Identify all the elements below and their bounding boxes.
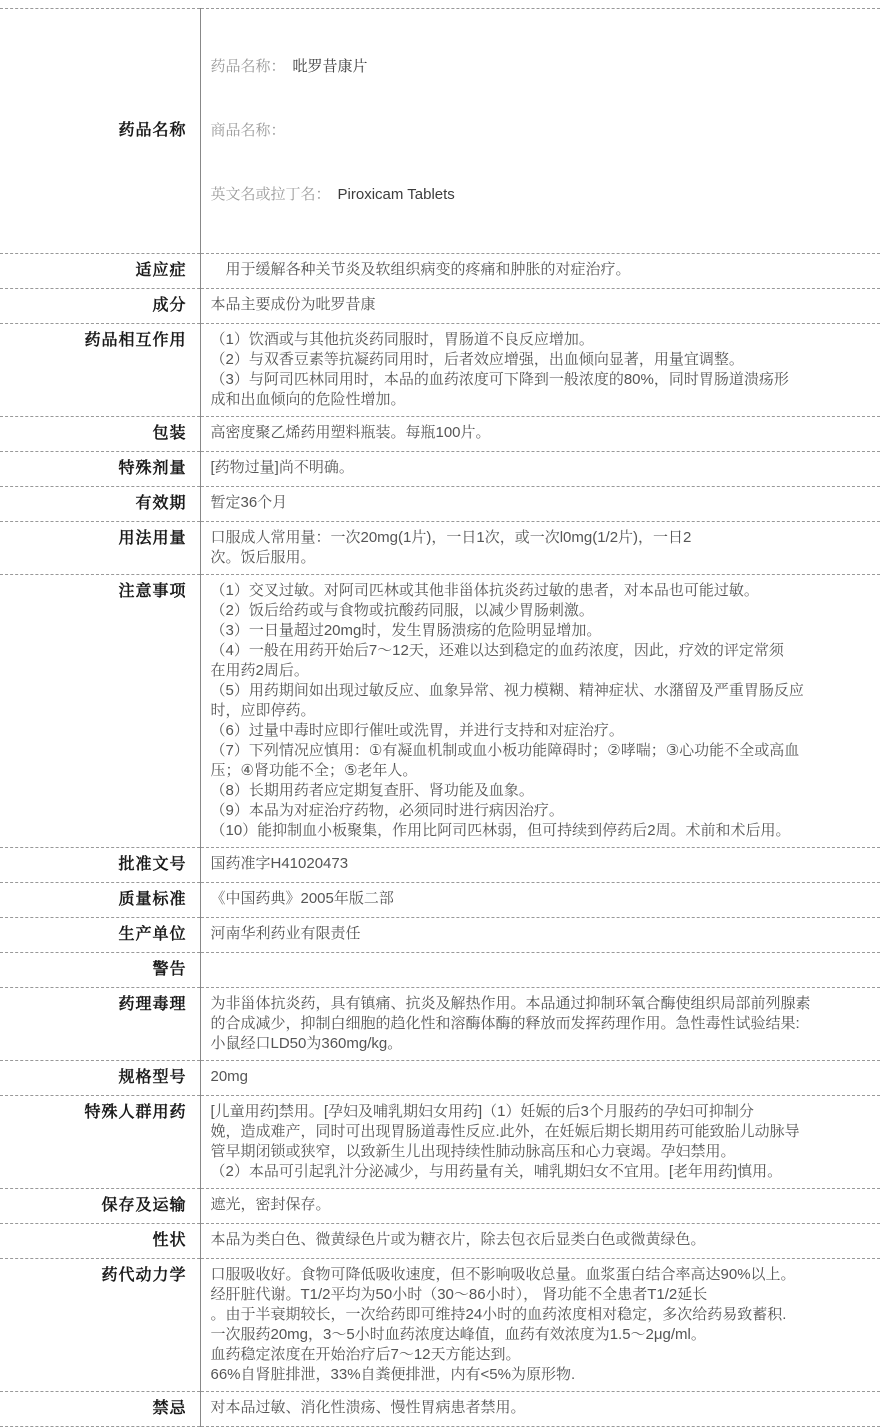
drug-info-table: 药品名称 药品名称：吡罗昔康片 商品名称： 英文名或拉丁名：Piroxicam … xyxy=(0,8,880,1427)
row-special-dosage: 特殊剂量 [药物过量]尚不明确。 xyxy=(0,452,880,487)
row-label-specification: 规格型号 xyxy=(0,1061,200,1096)
row-content-ingredients: 本品主要成份为吡罗昔康 xyxy=(200,289,880,324)
row-packaging: 包装 高密度聚乙烯药用塑料瓶装。每瓶100片。 xyxy=(0,417,880,452)
field-label-trade-name: 商品名称： xyxy=(211,122,286,139)
row-approval-number: 批准文号 国药准字H41020473 xyxy=(0,848,880,883)
row-content-manufacturer: 河南华利药业有限责任 xyxy=(200,918,880,953)
row-label-special-populations: 特殊人群用药 xyxy=(0,1096,200,1189)
field-label-english-name: 英文名或拉丁名： xyxy=(211,186,331,203)
row-label-contraindications: 禁忌 xyxy=(0,1392,200,1427)
row-content-pharmacokinetics: 口服吸收好。食物可降低吸收速度，但不影响吸收总量。血浆蛋白结合率高达90%以上。… xyxy=(200,1259,880,1392)
field-value-drug-name: 吡罗昔康片 xyxy=(293,58,368,75)
row-pharmacology-toxicology: 药理毒理 为非甾体抗炎药，具有镇痛、抗炎及解热作用。本品通过抑制环氧合酶使组织局… xyxy=(0,988,880,1061)
row-specification: 规格型号 20mg xyxy=(0,1061,880,1096)
row-label-manufacturer: 生产单位 xyxy=(0,918,200,953)
row-label-indications: 适应症 xyxy=(0,254,200,289)
row-content-approval-number: 国药准字H41020473 xyxy=(200,848,880,883)
row-content-drug-name: 药品名称：吡罗昔康片 商品名称： 英文名或拉丁名：Piroxicam Table… xyxy=(200,9,880,254)
row-label-ingredients: 成分 xyxy=(0,289,200,324)
row-content-shelf-life: 暂定36个月 xyxy=(200,487,880,522)
row-special-populations: 特殊人群用药 [儿童用药]禁用。[孕妇及哺乳期妇女用药]（1）妊娠的后3个月服药… xyxy=(0,1096,880,1189)
row-content-drug-interactions: （1）饮酒或与其他抗炎药同服时，胃肠道不良反应增加。 （2）与双香豆素等抗凝药同… xyxy=(200,324,880,417)
row-content-packaging: 高密度聚乙烯药用塑料瓶装。每瓶100片。 xyxy=(200,417,880,452)
row-ingredients: 成分 本品主要成份为吡罗昔康 xyxy=(0,289,880,324)
trade-name-line: 商品名称： xyxy=(211,119,867,143)
row-label-dosage-administration: 用法用量 xyxy=(0,522,200,575)
row-drug-interactions: 药品相互作用 （1）饮酒或与其他抗炎药同服时，胃肠道不良反应增加。 （2）与双香… xyxy=(0,324,880,417)
row-content-special-populations: [儿童用药]禁用。[孕妇及哺乳期妇女用药]（1）妊娠的后3个月服药的孕妇可抑制分… xyxy=(200,1096,880,1189)
row-label-quality-standard: 质量标准 xyxy=(0,883,200,918)
row-label-drug-interactions: 药品相互作用 xyxy=(0,324,200,417)
row-shelf-life: 有效期 暂定36个月 xyxy=(0,487,880,522)
row-indications: 适应症 用于缓解各种关节炎及软组织病变的疼痛和肿胀的对症治疗。 xyxy=(0,254,880,289)
row-contraindications: 禁忌 对本品过敏、消化性溃疡、慢性胃病患者禁用。 xyxy=(0,1392,880,1427)
row-precautions: 注意事项 （1）交叉过敏。对阿司匹林或其他非甾体抗炎药过敏的患者，对本品也可能过… xyxy=(0,575,880,848)
row-label-shelf-life: 有效期 xyxy=(0,487,200,522)
english-name-line: 英文名或拉丁名：Piroxicam Tablets xyxy=(211,183,867,207)
row-label-warning: 警告 xyxy=(0,953,200,988)
field-value-english-name: Piroxicam Tablets xyxy=(338,186,455,203)
row-content-contraindications: 对本品过敏、消化性溃疡、慢性胃病患者禁用。 xyxy=(200,1392,880,1427)
row-label-special-dosage: 特殊剂量 xyxy=(0,452,200,487)
row-label-pharmacology-toxicology: 药理毒理 xyxy=(0,988,200,1061)
row-label-drug-name: 药品名称 xyxy=(0,9,200,254)
row-storage-transport: 保存及运输 遮光，密封保存。 xyxy=(0,1189,880,1224)
row-drug-name: 药品名称 药品名称：吡罗昔康片 商品名称： 英文名或拉丁名：Piroxicam … xyxy=(0,9,880,254)
row-label-appearance: 性状 xyxy=(0,1224,200,1259)
row-content-storage-transport: 遮光，密封保存。 xyxy=(200,1189,880,1224)
field-label-drug-name: 药品名称： xyxy=(211,58,286,75)
row-label-pharmacokinetics: 药代动力学 xyxy=(0,1259,200,1392)
row-label-packaging: 包装 xyxy=(0,417,200,452)
row-quality-standard: 质量标准 《中国药典》2005年版二部 xyxy=(0,883,880,918)
row-content-special-dosage: [药物过量]尚不明确。 xyxy=(200,452,880,487)
drug-name-line: 药品名称：吡罗昔康片 xyxy=(211,55,867,79)
row-dosage-administration: 用法用量 口服成人常用量：一次20mg(1片)，一日1次，或一次l0mg(1/2… xyxy=(0,522,880,575)
row-content-pharmacology-toxicology: 为非甾体抗炎药，具有镇痛、抗炎及解热作用。本品通过抑制环氧合酶使组织局部前列腺素… xyxy=(200,988,880,1061)
row-label-precautions: 注意事项 xyxy=(0,575,200,848)
row-content-precautions: （1）交叉过敏。对阿司匹林或其他非甾体抗炎药过敏的患者，对本品也可能过敏。 （2… xyxy=(200,575,880,848)
row-manufacturer: 生产单位 河南华利药业有限责任 xyxy=(0,918,880,953)
row-label-storage-transport: 保存及运输 xyxy=(0,1189,200,1224)
row-content-dosage-administration: 口服成人常用量：一次20mg(1片)，一日1次，或一次l0mg(1/2片)，一日… xyxy=(200,522,880,575)
row-content-warning xyxy=(200,953,880,988)
row-label-approval-number: 批准文号 xyxy=(0,848,200,883)
row-content-quality-standard: 《中国药典》2005年版二部 xyxy=(200,883,880,918)
row-content-appearance: 本品为类白色、微黄绿色片或为糖衣片，除去包衣后显类白色或微黄绿色。 xyxy=(200,1224,880,1259)
row-content-specification: 20mg xyxy=(200,1061,880,1096)
row-appearance: 性状 本品为类白色、微黄绿色片或为糖衣片，除去包衣后显类白色或微黄绿色。 xyxy=(0,1224,880,1259)
row-content-indications: 用于缓解各种关节炎及软组织病变的疼痛和肿胀的对症治疗。 xyxy=(200,254,880,289)
row-pharmacokinetics: 药代动力学 口服吸收好。食物可降低吸收速度，但不影响吸收总量。血浆蛋白结合率高达… xyxy=(0,1259,880,1392)
row-warning: 警告 xyxy=(0,953,880,988)
